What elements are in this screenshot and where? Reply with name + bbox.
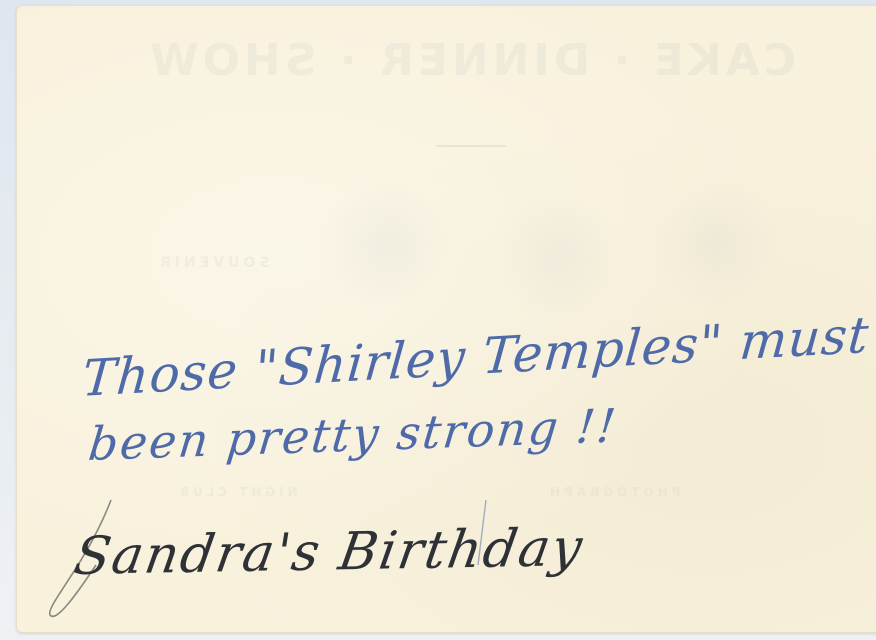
handwriting-line-3-signature: Sandra's Birthday <box>70 518 588 587</box>
bleed-through-star <box>486 195 626 315</box>
handwriting-line-2: been pretty strong !! <box>86 398 620 471</box>
bleed-through-rule <box>436 145 506 147</box>
handwriting-line-1: Those "Shirley Temples" must have <box>80 298 876 408</box>
bleed-through-text: PHOTOGRAPH <box>546 485 681 499</box>
bleed-through-star <box>316 185 456 305</box>
photo-card: CAKE · DINNER · SHOW SOUVENIR NIGHT CLUB… <box>16 5 876 633</box>
bleed-through-star <box>646 185 786 305</box>
bleed-through-title: CAKE · DINNER · SHOW <box>146 35 796 86</box>
scanned-photo-back: CAKE · DINNER · SHOW SOUVENIR NIGHT CLUB… <box>0 0 876 640</box>
bleed-through-text: NIGHT CLUB <box>176 485 298 499</box>
bleed-through-text: SOUVENIR <box>156 255 269 271</box>
